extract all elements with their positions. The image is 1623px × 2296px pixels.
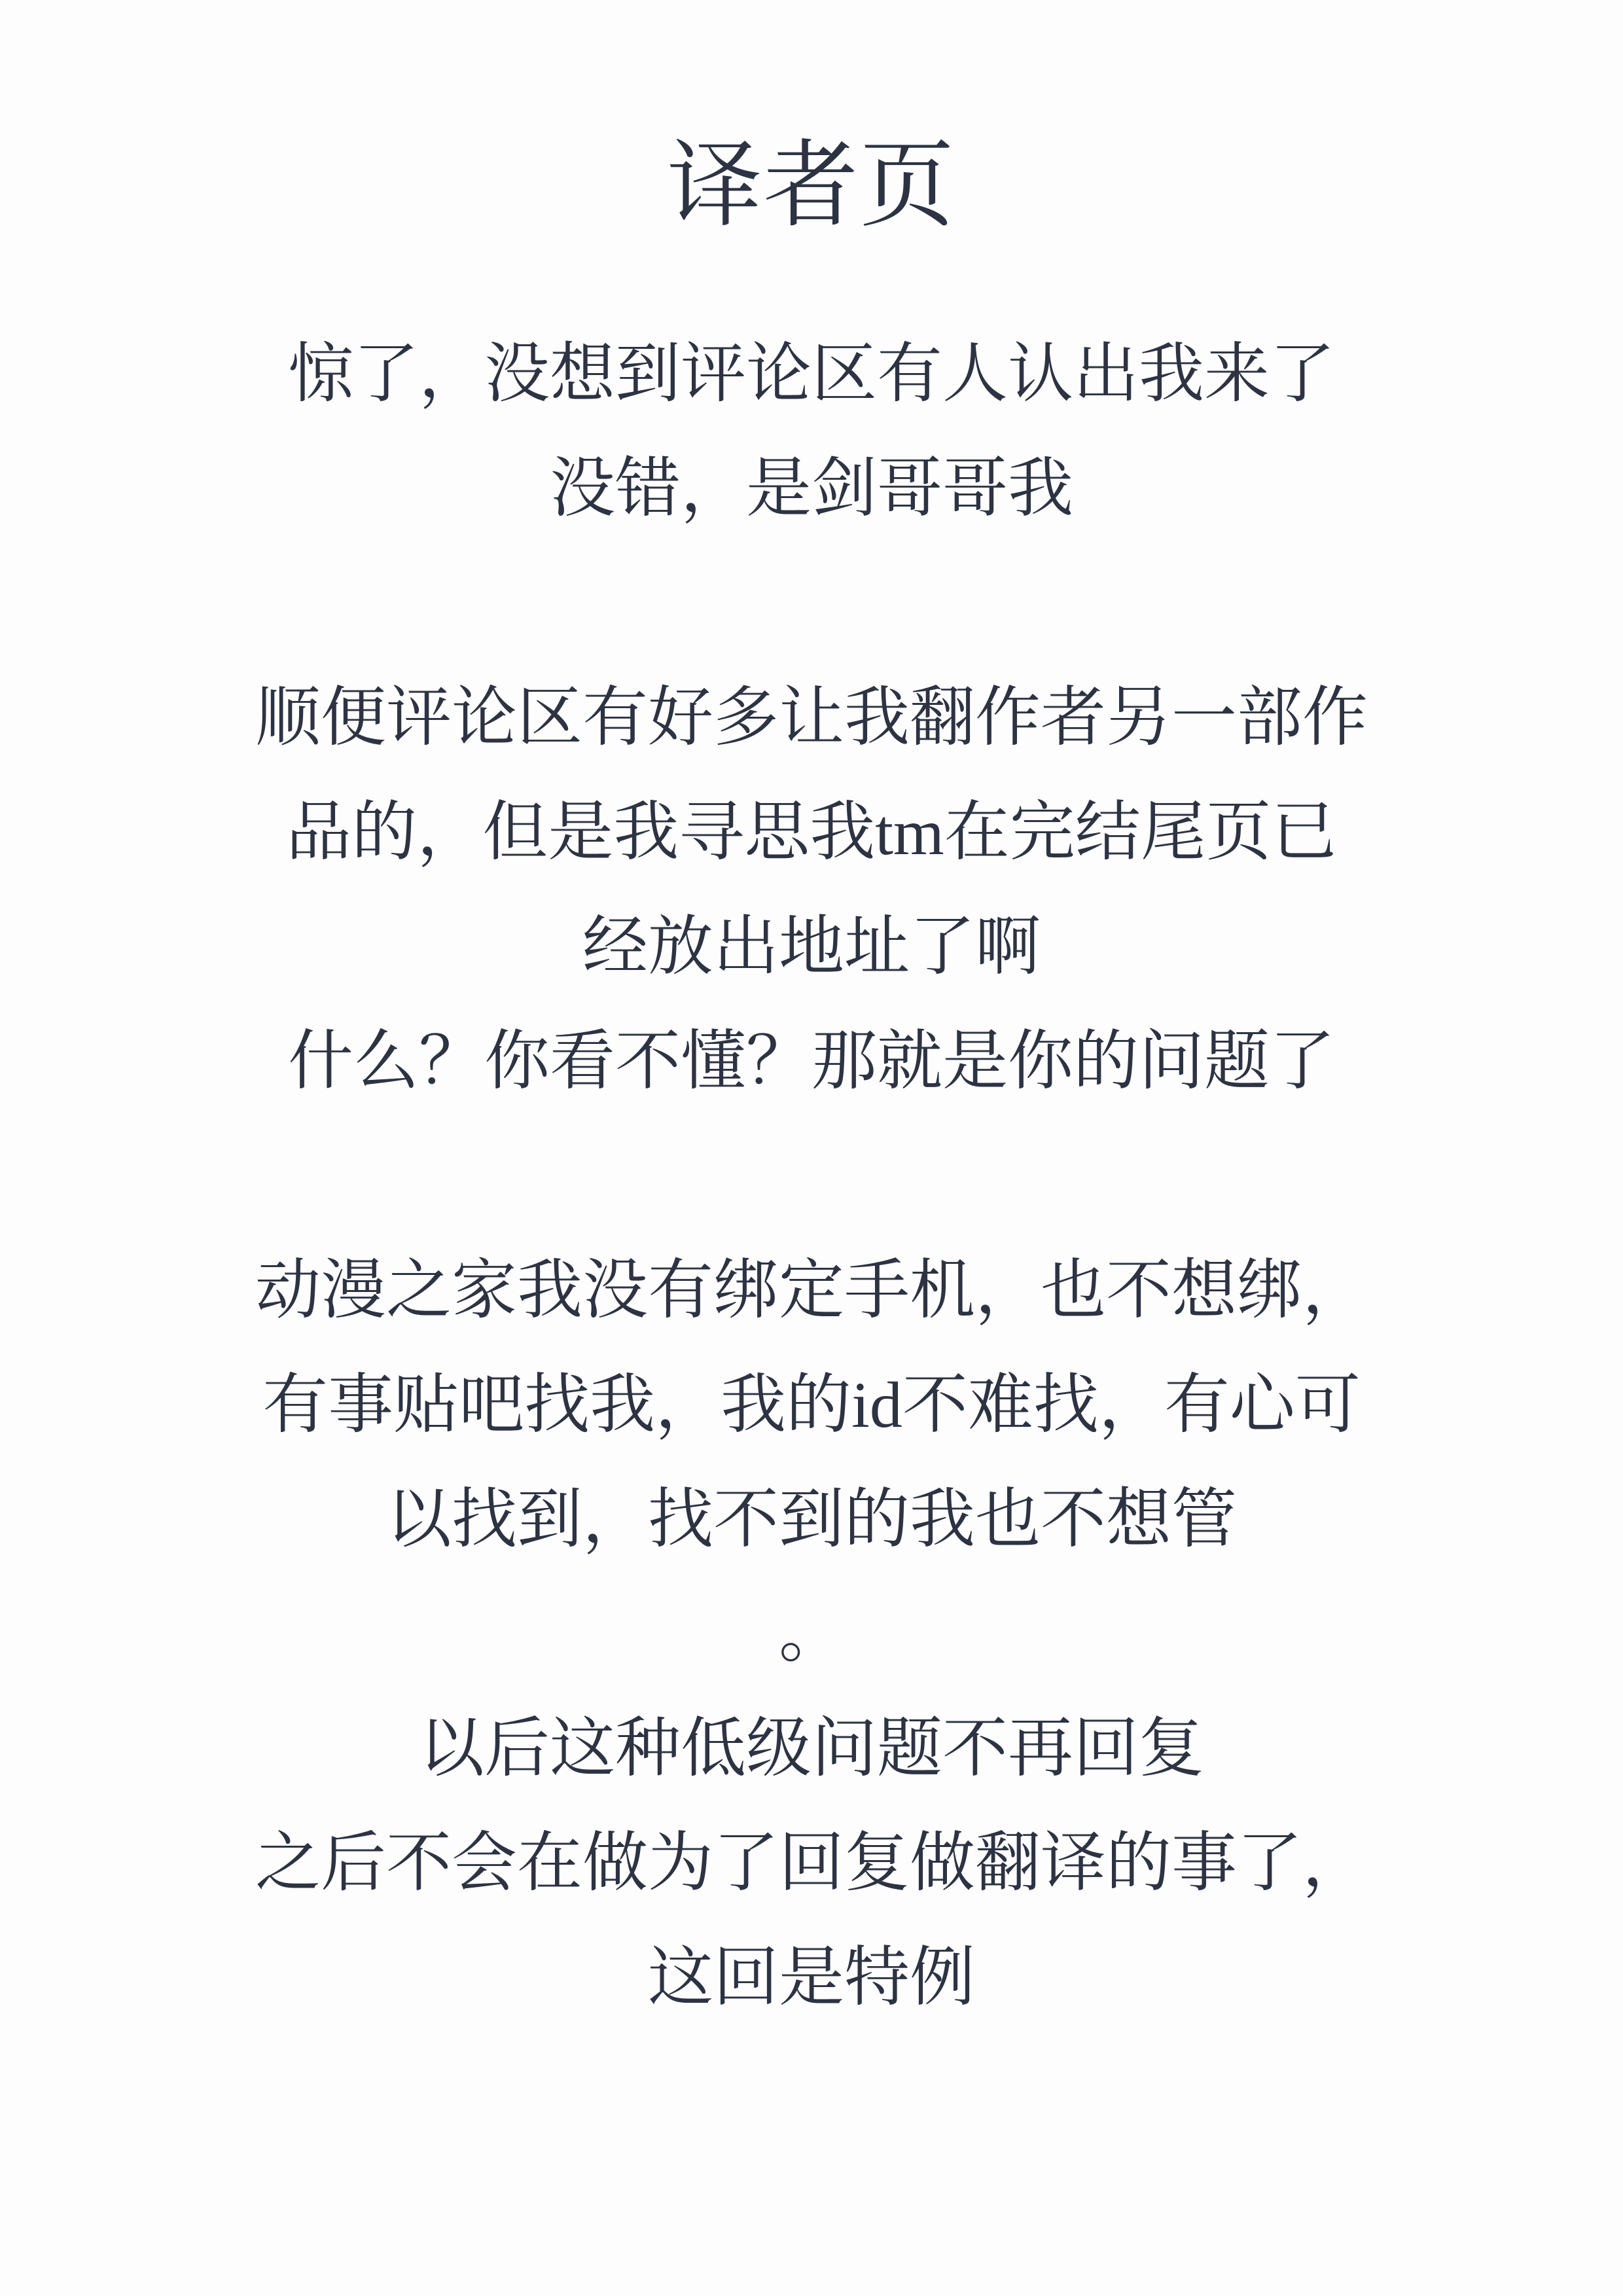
blank-line [0,546,1623,660]
text-line: 顺便评论区有好多让我翻作者另一部作 [0,660,1623,775]
body-lines: 惊了，没想到评论区有人认出我来了没错，是剑哥哥我 顺便评论区有好多让我翻作者另一… [0,317,1623,2035]
page-title: 译者页 [0,0,1623,239]
text-line: 之后不会在做为了回复做翻译的事了， [0,1806,1623,1920]
text-line: 品的，但是我寻思我tm在完结尾页已 [0,775,1623,889]
text-line: 有事贴吧找我，我的id不难找，有心可 [0,1348,1623,1462]
blank-line [0,1119,1623,1233]
text-line: 没错，是剑哥哥我 [0,431,1623,546]
text-line: 以找到，找不到的我也不想管 [0,1462,1623,1577]
text-line: 以后这种低级问题不再回复 [0,1691,1623,1806]
text-line: 这回是特例 [0,1920,1623,2035]
translator-note-page: 译者页 惊了，没想到评论区有人认出我来了没错，是剑哥哥我 顺便评论区有好多让我翻… [0,0,1623,2296]
text-line: 什么？你看不懂？那就是你的问题了 [0,1004,1623,1119]
text-line: 经放出地址了啊 [0,889,1623,1004]
text-line: 动漫之家我没有绑定手机，也不想绑， [0,1233,1623,1348]
text-line: 惊了，没想到评论区有人认出我来了 [0,317,1623,431]
text-line: 。 [0,1577,1623,1691]
